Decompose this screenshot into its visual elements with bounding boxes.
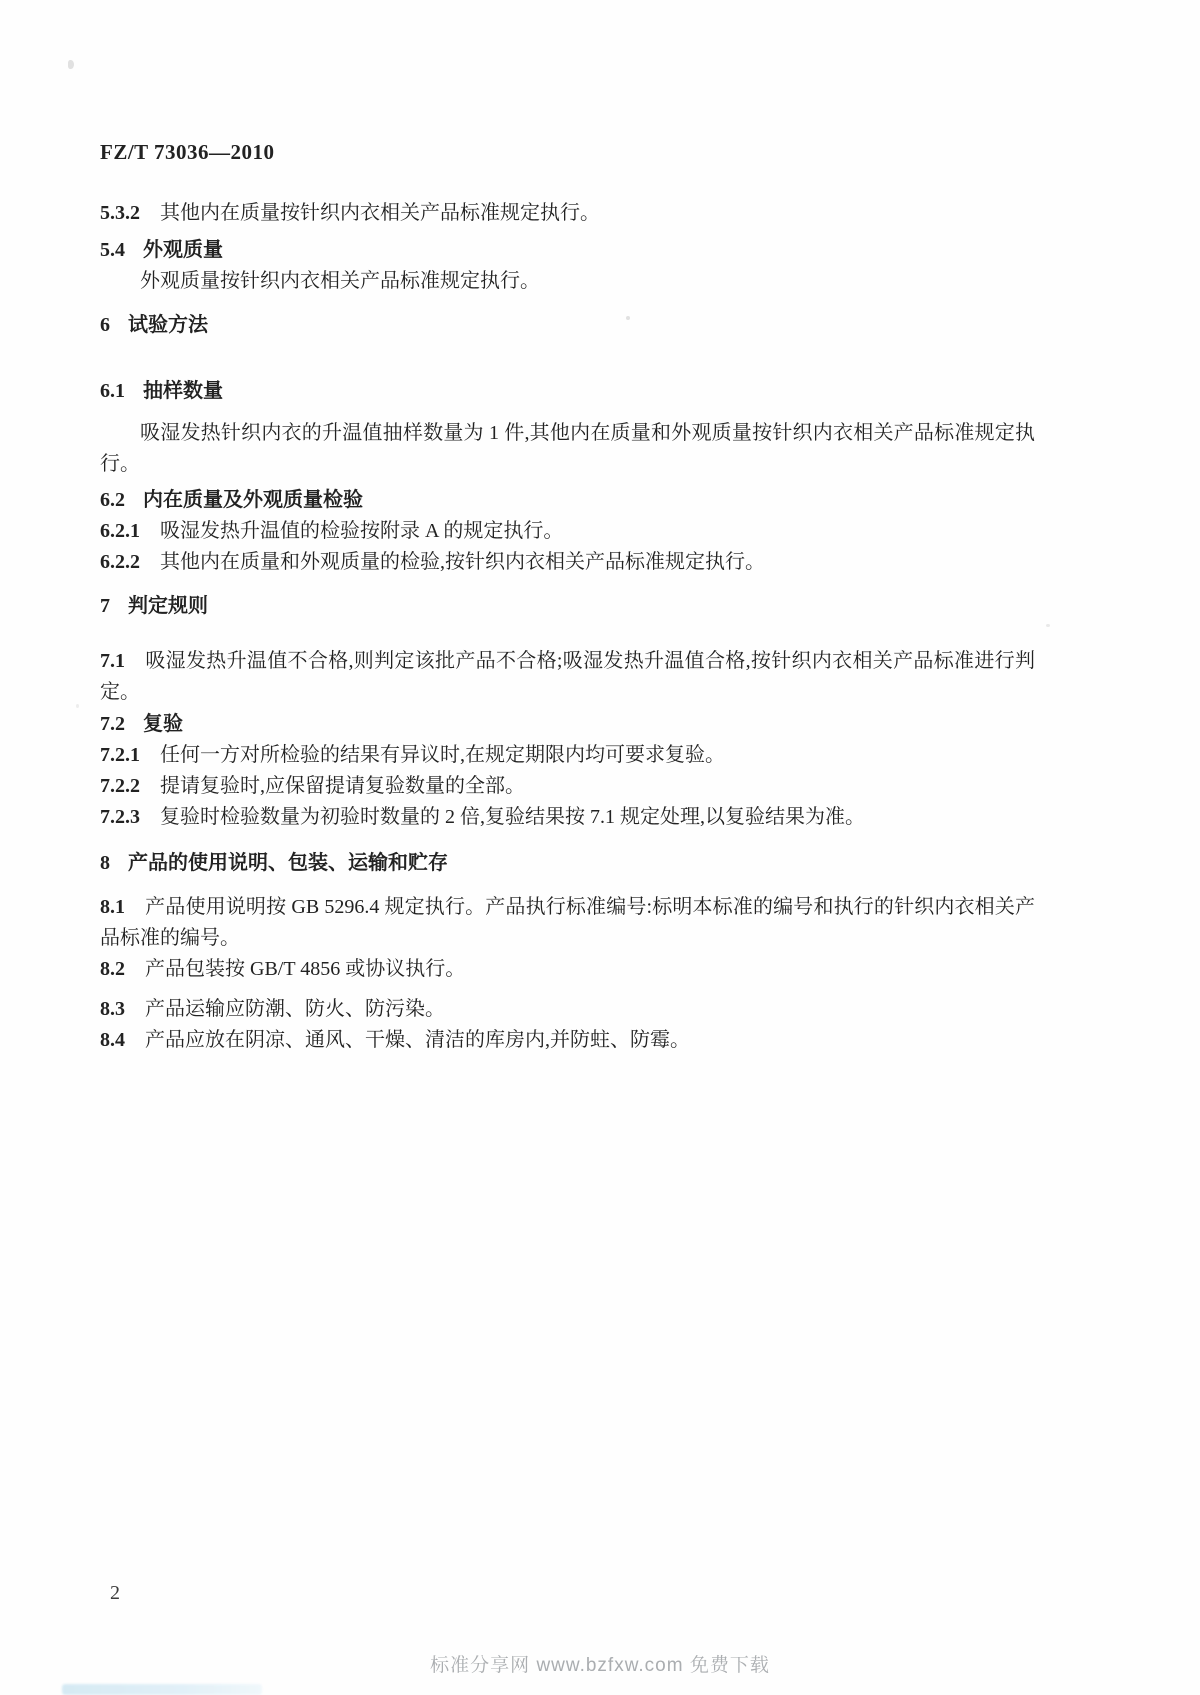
clause-number: 8.4	[100, 1029, 125, 1051]
heading-6-1: 6.1抽样数量	[100, 376, 1035, 407]
clause-text: 产品使用说明按 GB 5296.4 规定执行。产品执行标准编号:标明本标准的编号…	[100, 896, 1035, 949]
heading-number: 6.1	[100, 380, 125, 402]
heading-text: 外观质量	[143, 239, 223, 261]
heading-number: 5.4	[100, 239, 125, 261]
clause-8-2: 8.2产品包装按 GB/T 4856 或协议执行。	[100, 954, 1035, 985]
clause-8-3: 8.3产品运输应防潮、防火、防污染。	[100, 994, 1035, 1025]
clause-text: 任何一方对所检验的结果有异议时,在规定期限内均可要求复验。	[160, 744, 725, 766]
heading-number: 6.2	[100, 489, 125, 511]
scan-artifact-blue-strip	[62, 1684, 262, 1695]
scan-speck	[68, 60, 74, 69]
standard-code-header: FZ/T 73036—2010	[100, 140, 1035, 164]
clause-text: 产品应放在阴凉、通风、干燥、清洁的库房内,并防蛀、防霉。	[145, 1029, 690, 1051]
clause-text: 吸湿发热升温值的检验按附录 A 的规定执行。	[160, 520, 563, 542]
chapter-number: 8	[100, 852, 110, 874]
heading-text: 复验	[143, 713, 183, 735]
page-number: 2	[110, 1582, 120, 1605]
clause-text: 产品包装按 GB/T 4856 或协议执行。	[145, 958, 465, 980]
clause-8-4: 8.4产品应放在阴凉、通风、干燥、清洁的库房内,并防蛀、防霉。	[100, 1025, 1035, 1056]
chapter-6-heading: 6试验方法	[100, 310, 1035, 341]
clause-number: 8.1	[100, 896, 125, 918]
chapter-text: 试验方法	[128, 314, 208, 336]
chapter-text: 产品的使用说明、包装、运输和贮存	[128, 852, 448, 874]
clause-6-2-2: 6.2.2其他内在质量和外观质量的检验,按针织内衣相关产品标准规定执行。	[100, 547, 1035, 578]
clause-number: 7.2.1	[100, 744, 140, 766]
clause-7-1: 7.1吸湿发热升温值不合格,则判定该批产品不合格;吸湿发热升温值合格,按针织内衣…	[100, 646, 1035, 708]
heading-text: 内在质量及外观质量检验	[143, 489, 363, 511]
clause-7-2-1: 7.2.1任何一方对所检验的结果有异议时,在规定期限内均可要求复验。	[100, 740, 1035, 771]
scan-speck	[76, 704, 79, 708]
document-page: FZ/T 73036—2010 5.3.2其他内在质量按针织内衣相关产品标准规定…	[0, 0, 1200, 1695]
clause-6-2-1: 6.2.1吸湿发热升温值的检验按附录 A 的规定执行。	[100, 516, 1035, 547]
clause-number: 8.3	[100, 998, 125, 1020]
footer-watermark-text: 标准分享网 www.bzfxw.com 免费下载	[0, 1650, 1200, 1677]
scan-speck	[1046, 624, 1050, 627]
clause-5-3-2: 5.3.2其他内在质量按针织内衣相关产品标准规定执行。	[100, 198, 1035, 229]
clause-text: 其他内在质量和外观质量的检验,按针织内衣相关产品标准规定执行。	[160, 551, 765, 573]
heading-number: 7.2	[100, 713, 125, 735]
heading-5-4: 5.4外观质量	[100, 235, 1035, 266]
clause-number: 6.2.2	[100, 551, 140, 573]
chapter-number: 6	[100, 314, 110, 336]
clause-number: 6.2.1	[100, 520, 140, 542]
heading-6-2: 6.2内在质量及外观质量检验	[100, 485, 1035, 516]
clause-8-1: 8.1产品使用说明按 GB 5296.4 规定执行。产品执行标准编号:标明本标准…	[100, 892, 1035, 954]
clause-text: 复验时检验数量为初验时数量的 2 倍,复验结果按 7.1 规定处理,以复验结果为…	[160, 806, 865, 828]
paragraph-sampling-quantity: 吸湿发热针织内衣的升温值抽样数量为 1 件,其他内在质量和外观质量按针织内衣相关…	[100, 418, 1035, 480]
clause-7-2-3: 7.2.3复验时检验数量为初验时数量的 2 倍,复验结果按 7.1 规定处理,以…	[100, 802, 1035, 833]
heading-text: 抽样数量	[143, 380, 223, 402]
chapter-text: 判定规则	[128, 595, 208, 617]
scan-speck	[626, 316, 630, 320]
clause-number: 5.3.2	[100, 202, 140, 224]
chapter-8-heading: 8产品的使用说明、包装、运输和贮存	[100, 848, 1035, 879]
clause-text: 产品运输应防潮、防火、防污染。	[145, 998, 445, 1020]
chapter-7-heading: 7判定规则	[100, 591, 1035, 622]
clause-text: 提请复验时,应保留提请复验数量的全部。	[160, 775, 525, 797]
heading-7-2: 7.2复验	[100, 709, 1035, 740]
paragraph-appearance-quality: 外观质量按针织内衣相关产品标准规定执行。	[100, 266, 1035, 297]
clause-7-2-2: 7.2.2提请复验时,应保留提请复验数量的全部。	[100, 771, 1035, 802]
clause-number: 8.2	[100, 958, 125, 980]
clause-number: 7.2.3	[100, 806, 140, 828]
clause-text: 其他内在质量按针织内衣相关产品标准规定执行。	[160, 202, 600, 224]
chapter-number: 7	[100, 595, 110, 617]
clause-text: 吸湿发热升温值不合格,则判定该批产品不合格;吸湿发热升温值合格,按针织内衣相关产…	[100, 650, 1035, 703]
document-body: FZ/T 73036—2010 5.3.2其他内在质量按针织内衣相关产品标准规定…	[100, 140, 1035, 1056]
clause-number: 7.2.2	[100, 775, 140, 797]
clause-number: 7.1	[100, 650, 125, 672]
